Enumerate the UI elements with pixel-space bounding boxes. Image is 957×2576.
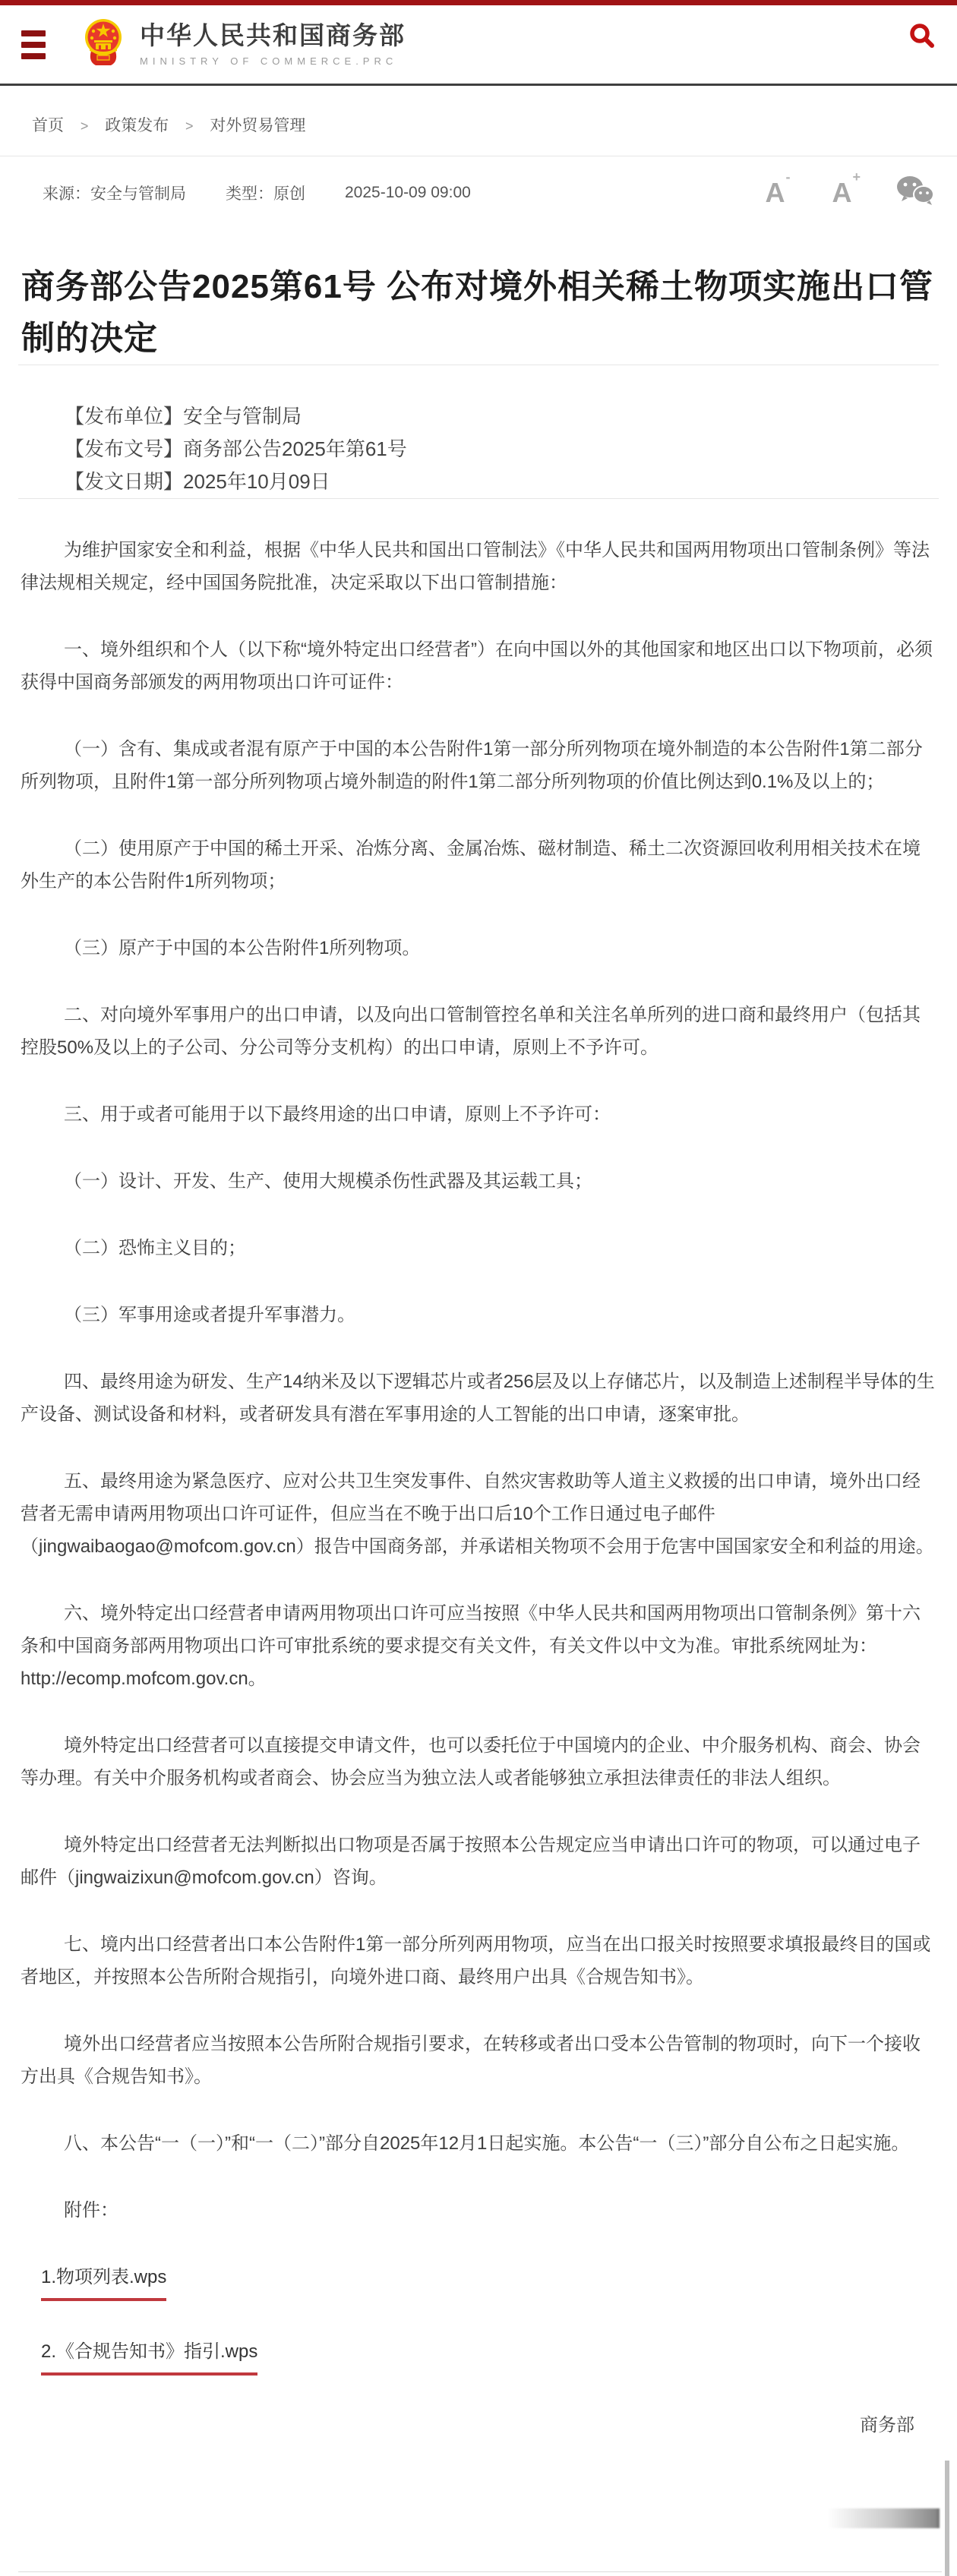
- paragraph: （二）使用原产于中国的稀土开采、冶炼分离、金属冶炼、磁材制造、稀土二次资源回收利…: [21, 832, 936, 898]
- breadcrumb-separator: >: [185, 118, 194, 134]
- info-issue-date: 【发文日期】2025年10月09日: [65, 466, 936, 498]
- paragraph: 六、境外特定出口经营者申请两用物项出口许可应当按照《中华人民共和国两用物项出口管…: [21, 1597, 936, 1695]
- article-info-block: 【发布单位】安全与管制局 【发布文号】商务部公告2025年第61号 【发文日期】…: [0, 365, 957, 498]
- paragraph: 五、最终用途为紧急医疗、应对公共卫生突发事件、自然灾害救助等人道主义救援的出口申…: [21, 1465, 936, 1563]
- article-signature: 商务部: [0, 2410, 914, 2436]
- bottom-divider: [18, 2571, 942, 2572]
- paragraph: （一）含有、集成或者混有原产于中国的本公告附件1第一部分所列物项在境外制造的本公…: [21, 733, 936, 798]
- paragraph: 境外特定出口经营者可以直接提交申请文件，也可以委托位于中国境内的企业、中介服务机…: [21, 1729, 936, 1795]
- article-body: 为维护国家安全和利益，根据《中华人民共和国出口管制法》《中华人民共和国两用物项出…: [0, 499, 957, 2376]
- paragraph: 境外出口经营者应当按照本公告所附合规指引要求，在转移或者出口受本公告管制的物项时…: [21, 2028, 936, 2093]
- meta-datetime: 2025-10-09 09:00: [345, 184, 471, 202]
- breadcrumb-home[interactable]: 首页: [32, 117, 64, 134]
- paragraph: 一、境外组织和个人（以下称“境外特定出口经营者”）在向中国以外的其他国家和地区出…: [21, 633, 936, 699]
- info-issuing-unit: 【发布单位】安全与管制局: [65, 400, 936, 433]
- breadcrumb-foreign-trade[interactable]: 对外贸易管理: [210, 117, 305, 134]
- search-icon[interactable]: [908, 22, 936, 53]
- top-red-bar: [0, 0, 957, 5]
- paragraph: 七、境内出口经营者出口本公告附件1第一部分所列两用物项，应当在出口报关时按照要求…: [21, 1928, 936, 1994]
- paragraph: 八、本公告“一（一）”和“一（二）”部分自2025年12月1日起实施。本公告“一…: [21, 2127, 936, 2160]
- paragraph: 为维护国家安全和利益，根据《中华人民共和国出口管制法》《中华人民共和国两用物项出…: [21, 534, 936, 599]
- menu-hamburger-icon[interactable]: [21, 30, 46, 59]
- paragraph: 四、最终用途为研发、生产14纳米及以下逻辑芯片或者256层及以上存储芯片，以及制…: [21, 1365, 936, 1431]
- font-increase-button[interactable]: A+: [832, 179, 860, 207]
- paragraph: 二、对向境外军事用户的出口申请，以及向出口管制管控名单和关注名单所列的进口商和最…: [21, 999, 936, 1064]
- scrollbar-thumb[interactable]: [945, 2461, 949, 2576]
- paragraph: 三、用于或者可能用于以下最终用途的出口申请，原则上不予许可：: [21, 1098, 936, 1131]
- font-decrease-button[interactable]: A-: [765, 179, 789, 207]
- national-emblem-logo: [84, 17, 123, 71]
- paragraph: （三）原产于中国的本公告附件1所列物项。: [21, 932, 936, 964]
- article: 商务部公告2025第61号 公布对境外相关稀土物项实施出口管制的决定 【发布单位…: [0, 261, 957, 2436]
- breadcrumb-policy[interactable]: 政策发布: [105, 117, 169, 134]
- attachment-row: 1.物项列表.wps: [21, 2261, 936, 2301]
- breadcrumb-separator: >: [81, 118, 89, 134]
- paragraph: （二）恐怖主义目的；: [21, 1232, 936, 1264]
- attachment-link-compliance-guide[interactable]: 2.《合规告知书》指引.wps: [41, 2335, 257, 2376]
- breadcrumb: 首页 > 政策发布 > 对外贸易管理: [0, 86, 957, 156]
- article-meta-row: 来源：安全与管制局 类型：原创 2025-10-09 09:00 A- A+: [0, 156, 957, 228]
- paragraph: （一）设计、开发、生产、使用大规模杀伤性武器及其运载工具；: [21, 1165, 936, 1198]
- attachment-row: 2.《合规告知书》指引.wps: [21, 2335, 936, 2376]
- article-title: 商务部公告2025第61号 公布对境外相关稀土物项实施出口管制的决定: [21, 261, 936, 365]
- site-subtitle: MINISTRY OF COMMERCE.PRC: [140, 55, 406, 67]
- paragraph: 境外特定出口经营者无法判断拟出口物项是否属于按照本公告规定应当申请出口许可的物项…: [21, 1829, 936, 1894]
- site-brand: 中华人民共和国商务部 MINISTRY OF COMMERCE.PRC: [140, 22, 406, 67]
- info-document-number: 【发布文号】商务部公告2025年第61号: [65, 433, 936, 466]
- meta-source: 来源：安全与管制局: [43, 182, 186, 204]
- wechat-share-icon[interactable]: [895, 175, 936, 211]
- site-title: 中华人民共和国商务部: [140, 22, 406, 49]
- paragraph: （三）军事用途或者提升军事潜力。: [21, 1299, 936, 1331]
- site-header: 中华人民共和国商务部 MINISTRY OF COMMERCE.PRC: [0, 5, 957, 84]
- attachments-label: 附件：: [21, 2194, 936, 2227]
- bottom-gradient-artifact: [828, 2508, 940, 2528]
- attachment-link-item-list[interactable]: 1.物项列表.wps: [41, 2261, 166, 2301]
- meta-type: 类型：原创: [226, 182, 305, 204]
